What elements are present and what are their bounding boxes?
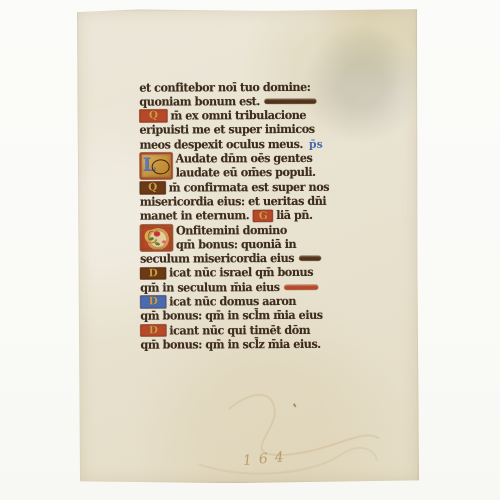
manuscript-text-line: et confitebor noī tuo domine: (139, 80, 361, 95)
latin-text: manet in eternum. (140, 210, 249, 222)
illuminated-initial-L: L (140, 152, 173, 179)
latin-text: qm̄ bonus: qm̄ in scl̄m m̄ia eius (140, 310, 322, 323)
line-filler (299, 256, 321, 262)
vellum-leaf: et confitebor noī tuo domine:quoniam bon… (77, 8, 419, 483)
manuscript-text-line: qm̄ bonus: qm̄ in scl̄z m̄ia eius. (140, 337, 362, 352)
latin-text: Onfitemini domino (176, 224, 287, 236)
manuscript-text-line: misericordia eius: et ueritas dn̄i (140, 194, 362, 209)
latin-text: qm̄ in seculum m̄ia eius (140, 281, 280, 293)
manuscript-text-line: manet in eternum.Gliā pn̄. (140, 208, 362, 223)
latin-text: seculum misericordia eius (140, 253, 294, 265)
snail-motif (152, 159, 170, 174)
flower-motif (162, 240, 166, 243)
latin-text: m̄ ex omni tribulacione (170, 110, 306, 122)
decorated-initial-G: G (253, 209, 273, 222)
decorated-initial-D: D (140, 267, 166, 280)
latin-text: qm̄ bonus: quoniā in (176, 238, 296, 250)
manuscript-photo: et confitebor noī tuo domine:quoniam bon… (0, 0, 500, 500)
latin-text: icat nūc israel qm̄ bonus (169, 267, 313, 279)
latin-text: eripuisti me et super inimicos (139, 124, 314, 137)
manuscript-text-line: eripuisti me et super inimicos (139, 122, 361, 137)
latin-text: meos despexit oculus meus. (140, 138, 303, 150)
text-block: et confitebor noī tuo domine:quoniam bon… (139, 80, 362, 353)
psalm-abbreviation: p̄s (309, 139, 323, 150)
decorated-initial-Q: Q (140, 181, 166, 194)
latin-text: misericordia eius: et ueritas dn̄i (140, 195, 326, 208)
illuminated-initial-C: C (140, 224, 173, 251)
latin-text: icat nūc domus aaron (169, 296, 296, 308)
flower-motif (154, 231, 160, 236)
latin-text: m̄ confirmata est super nos (169, 181, 329, 193)
manuscript-text-line: Onfitemini domino (140, 222, 362, 237)
latin-text: liā pn̄. (276, 210, 312, 222)
latin-text: et confitebor noī tuo domine: (139, 81, 310, 94)
inscription-number: 164 (242, 449, 291, 469)
manuscript-text-line: Dicant nūc qui timēt dōm (140, 323, 362, 338)
latin-text: Audate dn̄m oēs gentes (176, 152, 313, 164)
latin-text: quoniam bonum est. (139, 96, 260, 108)
line-filler (285, 284, 319, 290)
leaf-motif (155, 241, 161, 245)
manuscript-text-line: Qm̄ confirmata est super nos (140, 180, 362, 195)
decorated-initial-D: D (140, 296, 166, 309)
latin-text: icant nūc qui timēt dōm (169, 324, 310, 336)
latin-text: qm̄ bonus: qm̄ in scl̄z m̄ia eius. (140, 338, 320, 351)
manuscript-text-line: laudate eū om̄es populi. (140, 165, 362, 180)
manuscript-text-line: qm̄ bonus: qm̄ in scl̄m m̄ia eius (140, 308, 362, 323)
decorated-initial-Q: Q (139, 110, 167, 123)
decorated-initial-D: D (140, 324, 166, 337)
line-filler (265, 98, 317, 104)
latin-text: laudate eū om̄es populi. (176, 167, 316, 179)
manuscript-text-line: Dicat nūc israel qm̄ bonus (140, 265, 362, 280)
